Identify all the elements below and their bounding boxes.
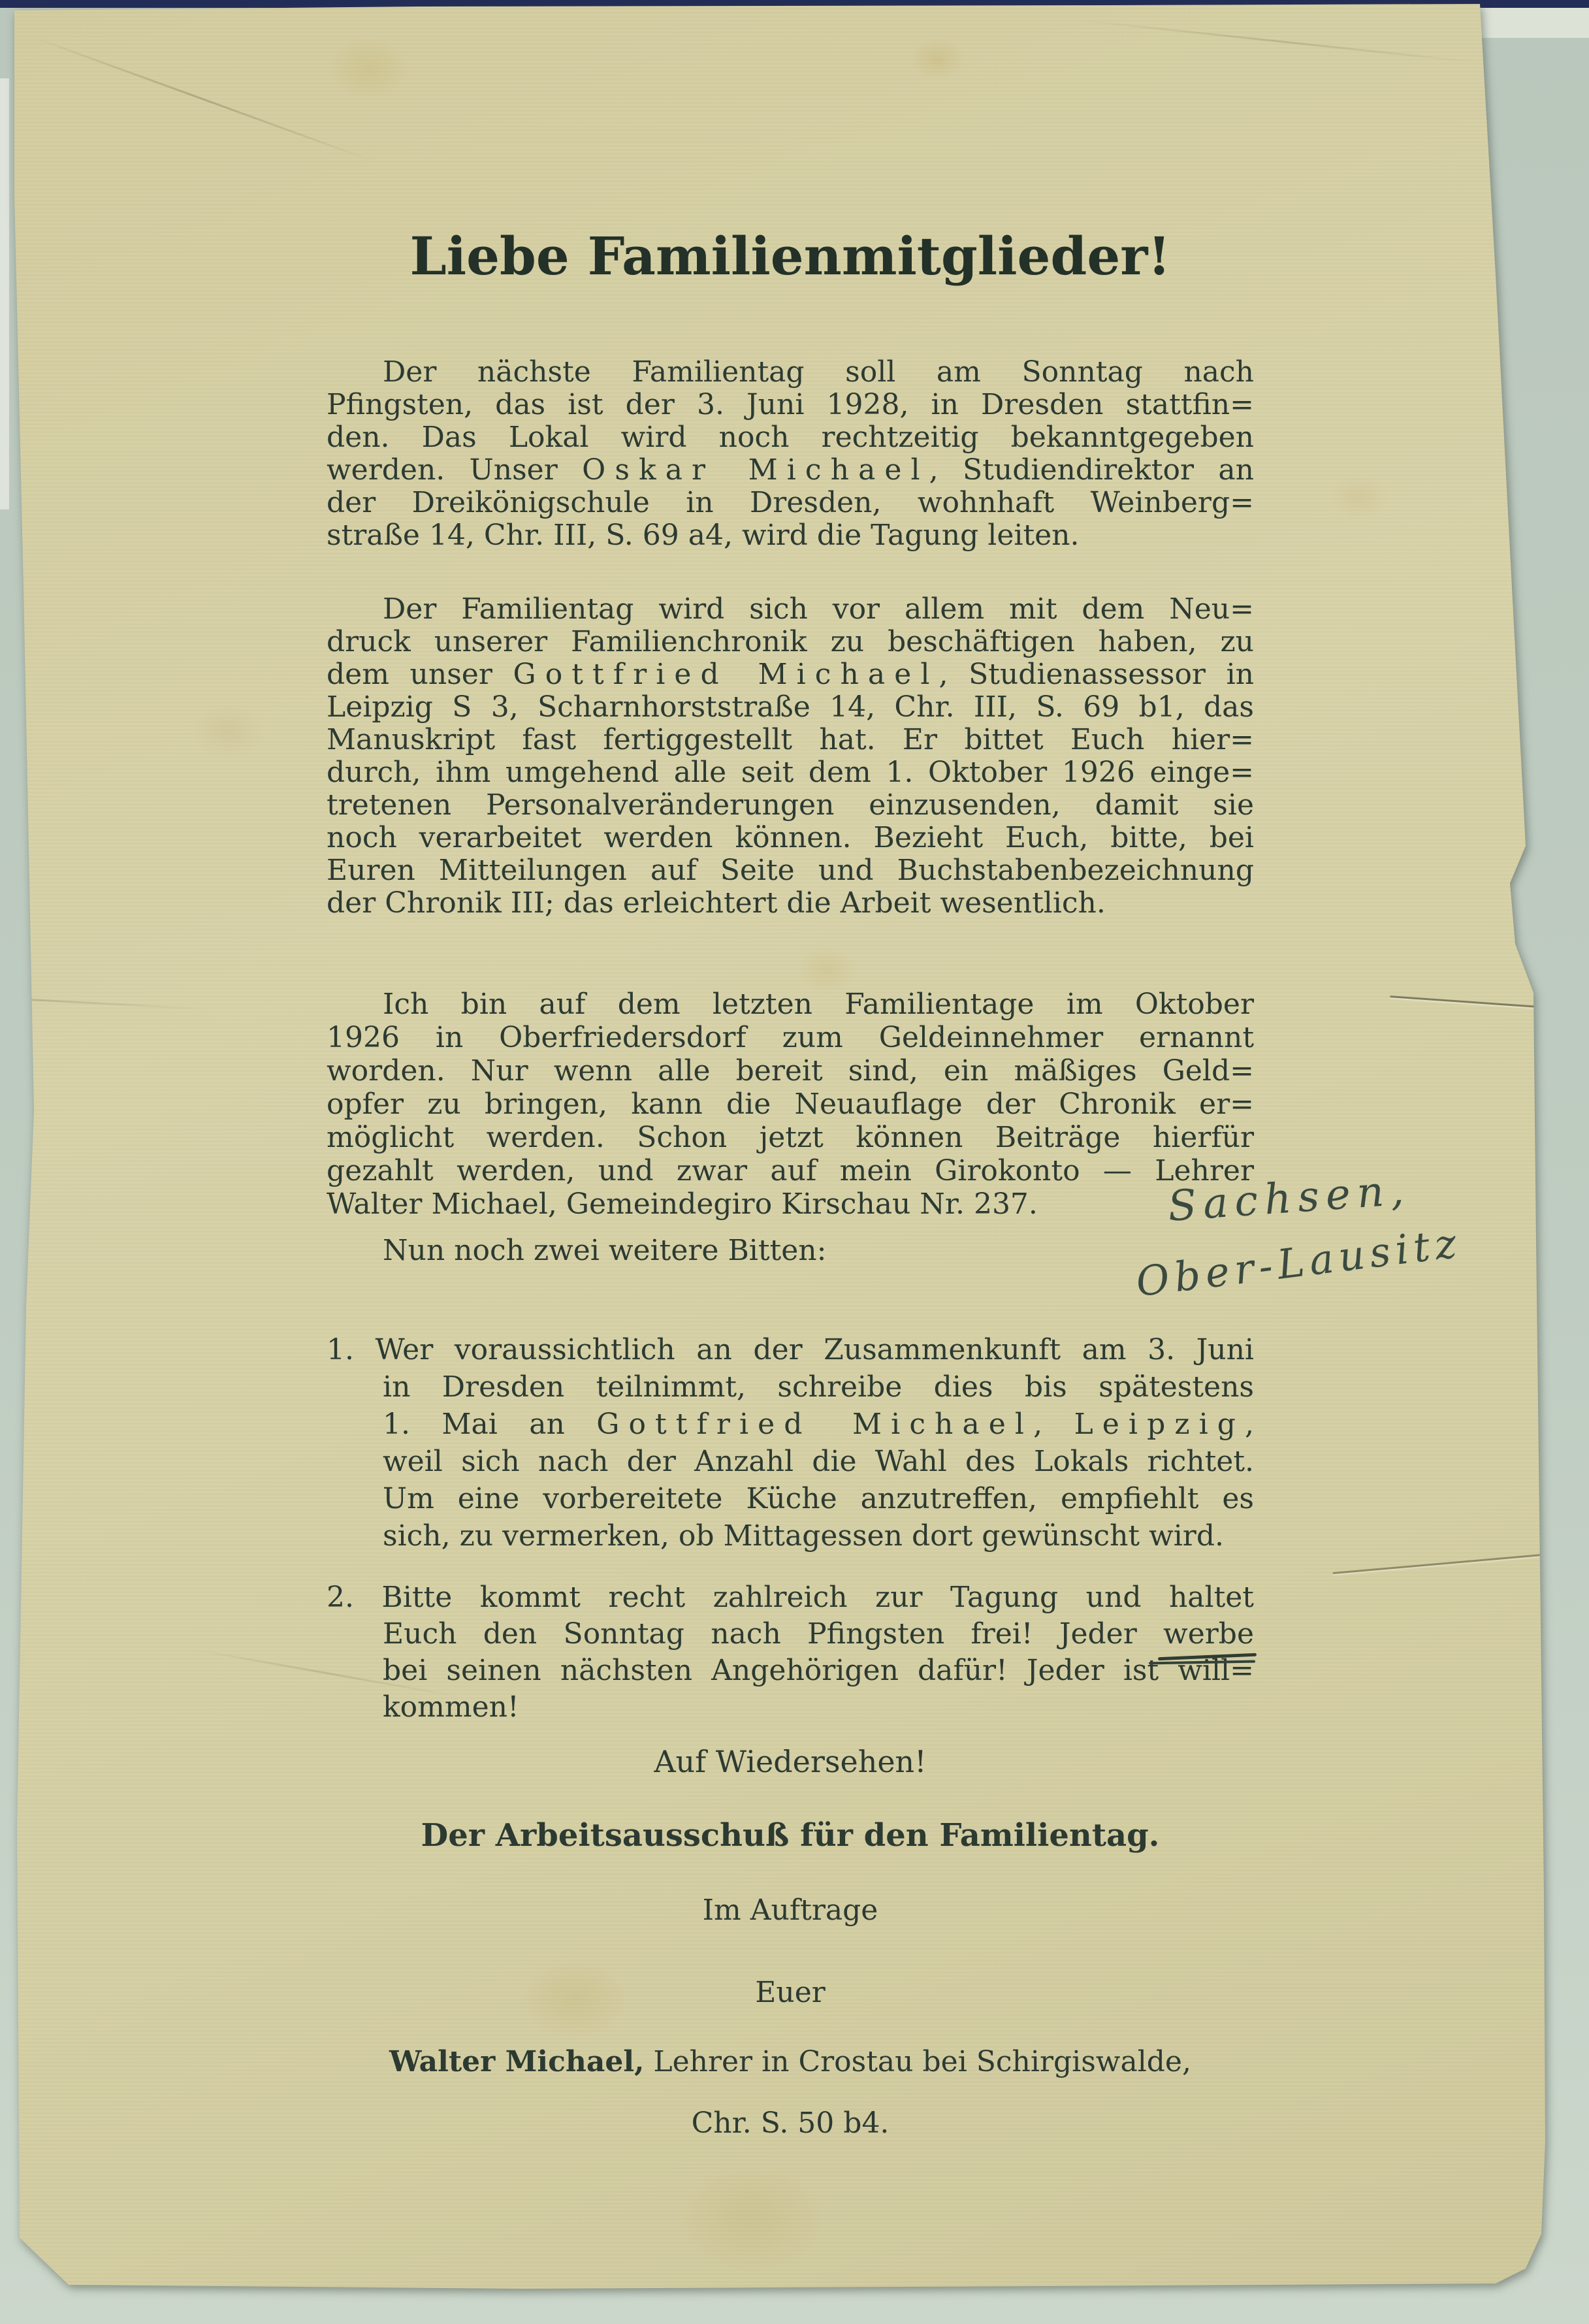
text-line: in Dresden teilnimmt, schreibe dies bis … [327,1368,1254,1406]
text-segment: möglicht werden. Schon jetzt können Beit… [327,1121,1254,1154]
text-line: durch, ihm umgehend alle seit dem 1. Okt… [327,756,1254,789]
text-line: den. Das Lokal wird noch rechtzeitig bek… [327,421,1254,454]
letterspaced-name: Leipzig [1074,1408,1245,1441]
bold-text: Walter Michael, [389,2045,644,2078]
farewell-line: Auf Wiedersehen! [327,1745,1254,1778]
text-line: Pfingsten, das ist der 3. Juni 1928, in … [327,389,1254,421]
text-line: möglicht werden. Schon jetzt können Beit… [327,1121,1254,1154]
text-segment: in Dresden teilnimmt, schreibe dies bis … [383,1370,1254,1404]
text-segment: werden. Unser [327,453,582,487]
text-segment: Pfingsten, das ist der 3. Juni 1928, in … [327,388,1254,421]
text-segment: opfer zu bringen, kann die Neuauflage de… [327,1088,1254,1121]
text-segment: 1. Wer voraussichtlich an der Zusammenku… [327,1333,1254,1366]
text-segment: Euer [755,1976,826,2009]
letter-content: Liebe Familienmitglieder! Der nächste Fa… [327,0,1254,2324]
text-segment: Manuskript fast fertiggestellt hat. Er b… [327,723,1254,756]
text-segment: druck unserer Familienchronik zu beschäf… [327,625,1254,658]
paper: Liebe Familienmitglieder! Der nächste Fa… [0,0,1589,2324]
text-line: tretenen Personalveränderungen einzusend… [327,789,1254,822]
text-segment: , [1033,1408,1074,1441]
text-line: Auf Wiedersehen! [327,1745,1254,1778]
text-line: Walter Michael, Lehrer in Crostau bei Sc… [327,2046,1254,2078]
paragraph-1: Der nächste Familientag soll am Sonntag … [327,356,1254,552]
text-line: kommen! [327,1689,1254,1726]
text-segment: Um eine vorbereitete Küche anzutreffen, … [383,1482,1254,1515]
letterspaced-name: Oskar Michael [582,453,929,487]
text-segment: tretenen Personalveränderungen einzusend… [327,788,1254,822]
text-line: druck unserer Familienchronik zu beschäf… [327,626,1254,658]
text-segment: dem unser [327,658,513,691]
letter-sheet: Liebe Familienmitglieder! Der nächste Fa… [0,0,1589,2324]
text-line: worden. Nur wenn alle bereit sind, ein m… [327,1054,1254,1088]
scanned-letter-scene: Liebe Familienmitglieder! Der nächste Fa… [0,0,1589,2324]
text-line: Im Auftrage [327,1894,1254,1927]
text-segment: durch, ihm umgehend alle seit dem 1. Okt… [327,756,1254,789]
text-line: Chr. S. 50 b4. [327,2107,1254,2140]
text-line: gezahlt werden, und zwar auf mein Giroko… [327,1154,1254,1187]
text-line: Walter Michael, Gemeindegiro Kirschau Nr… [327,1187,1254,1221]
text-segment: noch verarbeitet werden können. Bezieht … [327,821,1254,854]
text-line: 2. Bitte kommt recht zahlreich zur Tagun… [327,1579,1254,1616]
text-segment: straße 14, Chr. III, S. 69 a4, wird die … [327,519,1080,552]
text-segment: Der Familientag wird sich vor allem mit … [383,592,1254,626]
text-line: sich, zu vermerken, ob Mittagessen dort … [327,1517,1254,1555]
letterspaced-name: Gottfried Michael [596,1408,1033,1441]
intro-line: Nun noch zwei weitere Bitten: [327,1235,1254,1267]
text-segment: Euren Mitteilungen auf Seite und Buchsta… [327,854,1254,887]
text-line: noch verarbeitet werden können. Bezieht … [327,822,1254,854]
euer-line: Euer [327,1977,1254,2009]
text-segment: bei seinen nächsten Angehörigen dafür! J… [383,1654,1254,1687]
text-line: Leipzig S 3, Scharnhorststraße 14, Chr. … [327,691,1254,724]
text-segment: worden. Nur wenn alle bereit sind, ein m… [327,1054,1254,1088]
text-line: Euer [327,1977,1254,2009]
list-item-1: 1. Wer voraussichtlich an der Zusammenku… [327,1331,1254,1555]
text-segment: 1. Mai an [383,1408,596,1441]
text-line: bei seinen nächsten Angehörigen dafür! J… [327,1653,1254,1689]
text-segment: , Studienassessor in [939,658,1254,691]
text-segment: , Studiendirektor an [929,453,1254,487]
paragraph-3: Ich bin auf dem letzten Familientage im … [327,988,1254,1221]
text-line: weil sich nach der Anzahl die Wahl des L… [327,1443,1254,1480]
text-segment: Leipzig S 3, Scharnhorststraße 14, Chr. … [327,690,1254,724]
text-segment: gezahlt werden, und zwar auf mein Giroko… [327,1154,1254,1187]
text-line: Ich bin auf dem letzten Familientage im … [327,988,1254,1021]
text-segment: weil sich nach der Anzahl die Wahl des L… [383,1445,1254,1478]
text-line: der Dreikönigschule in Dresden, wohnhaft… [327,487,1254,519]
text-segment: 1926 in Oberfriedersdorf zum Geldeinnehm… [327,1021,1254,1054]
text-segment: Der nächste Familientag soll am Sonntag … [383,355,1254,389]
text-segment: Ich bin auf dem letzten Familientage im … [383,988,1254,1021]
letter-title: Liebe Familienmitglieder! [327,225,1254,287]
text-segment: Nun noch zwei weitere Bitten: [383,1234,826,1267]
text-segment: kommen! [383,1690,519,1724]
text-line: werden. Unser Oskar Michael, Studiendire… [327,454,1254,487]
letterspaced-name: Gottfried Michael [513,658,939,691]
text-line: Um eine vorbereitete Küche anzutreffen, … [327,1480,1254,1517]
text-line: Nun noch zwei weitere Bitten: [327,1235,1254,1267]
text-line: Der Familientag wird sich vor allem mit … [327,593,1254,626]
text-line: Der nächste Familientag soll am Sonntag … [327,356,1254,389]
text-segment: den. Das Lokal wird noch rechtzeitig bek… [327,421,1254,454]
text-segment: , [1245,1408,1254,1441]
text-line: opfer zu bringen, kann die Neuauflage de… [327,1088,1254,1121]
text-line: Euch den Sonntag nach Pfingsten frei! Je… [327,1616,1254,1653]
underlined-word: werbe [1163,1617,1254,1651]
text-segment: Euch den Sonntag nach Pfingsten frei! Je… [383,1617,1163,1651]
text-line: 1. Wer voraussichtlich an der Zusammenku… [327,1331,1254,1368]
text-line: der Chronik III; das erleichtert die Arb… [327,887,1254,920]
text-segment: 2. Bitte kommt recht zahlreich zur Tagun… [327,1581,1254,1614]
text-segment: Walter Michael, Gemeindegiro Kirschau Nr… [327,1187,1038,1221]
bold-text: Der Arbeitsausschuß für den Familientag. [421,1817,1160,1854]
text-segment: der Dreikönigschule in Dresden, wohnhaft… [327,486,1254,519]
text-line: Der Arbeitsausschuß für den Familientag. [327,1819,1254,1852]
text-segment: Auf Wiedersehen! [654,1744,926,1779]
text-segment: der Chronik III; das erleichtert die Arb… [327,886,1106,920]
text-segment: Im Auftrage [703,1894,878,1927]
text-line: Manuskript fast fertiggestellt hat. Er b… [327,724,1254,756]
text-line: 1. Mai an Gottfried Michael, Leipzig, [327,1406,1254,1443]
text-line: dem unser Gottfried Michael, Studienasse… [327,658,1254,691]
text-line: straße 14, Chr. III, S. 69 a4, wird die … [327,519,1254,552]
text-line: 1926 in Oberfriedersdorf zum Geldeinnehm… [327,1021,1254,1054]
list-item-2: 2. Bitte kommt recht zahlreich zur Tagun… [327,1579,1254,1726]
text-line: Euren Mitteilungen auf Seite und Buchsta… [327,854,1254,887]
im-auftrage-line: Im Auftrage [327,1894,1254,1927]
text-segment: sich, zu vermerken, ob Mittagessen dort … [383,1519,1224,1553]
text-segment: Chr. S. 50 b4. [692,2106,890,2140]
committee-line: Der Arbeitsausschuß für den Familientag. [327,1819,1254,1852]
paragraph-2: Der Familientag wird sich vor allem mit … [327,593,1254,920]
text-segment: Lehrer in Crostau bei Schirgiswalde, [644,2045,1191,2078]
signature-line: Walter Michael, Lehrer in Crostau bei Sc… [327,2046,1254,2078]
chronik-ref-line: Chr. S. 50 b4. [327,2107,1254,2140]
